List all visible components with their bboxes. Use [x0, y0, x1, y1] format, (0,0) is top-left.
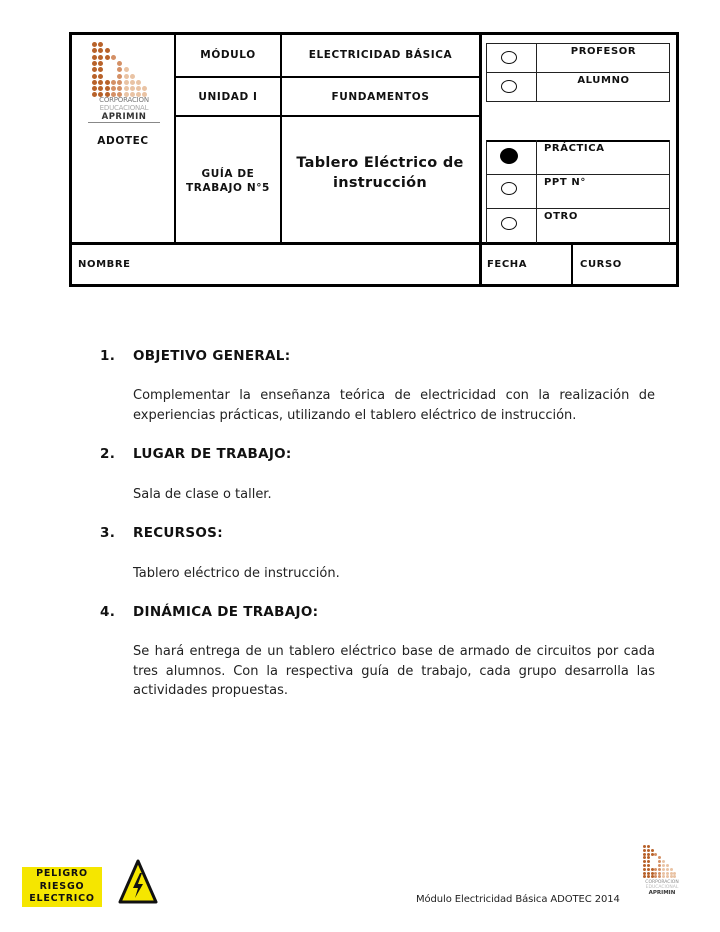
org-logo-line3: APRIMIN — [88, 112, 160, 123]
type-label-practica: PRÁCTICA — [544, 143, 605, 154]
section-body: Tablero eléctrico de instrucción. — [133, 564, 655, 584]
footer-logo — [643, 845, 681, 879]
radio-profesor[interactable] — [501, 51, 517, 64]
section-body: Sala de clase o taller. — [133, 485, 655, 505]
high-voltage-triangle-icon — [118, 858, 158, 906]
unidad-label: UNIDAD I — [176, 91, 280, 103]
curso-field[interactable]: CURSO — [580, 259, 622, 270]
nombre-field[interactable]: NOMBRE — [78, 259, 131, 270]
org-logo-line2: EDUCACIONAL — [88, 105, 160, 113]
section-body: Se hará entrega de un tablero eléctrico … — [133, 642, 655, 701]
type-label-otro: OTRO — [544, 211, 578, 222]
section-body: Complementar la enseñanza teórica de ele… — [133, 386, 655, 425]
section-title: 1.OBJETIVO GENERAL: — [100, 348, 290, 364]
guia-value: Tablero Eléctrico de instrucción — [292, 153, 468, 193]
role-label-alumno: ALUMNO — [537, 75, 670, 86]
org-logo — [92, 42, 157, 100]
org-name: ADOTEC — [72, 135, 174, 147]
warning-sign: PELIGRO RIESGO ELECTRICO — [22, 867, 102, 907]
radio-ppt[interactable] — [501, 182, 517, 195]
footer-text: Módulo Electricidad Básica ADOTEC 2014 — [416, 894, 620, 905]
role-label-profesor: PROFESOR — [537, 46, 670, 57]
section-title: 4.DINÁMICA DE TRABAJO: — [100, 604, 318, 620]
section-title: 3.RECURSOS: — [100, 525, 223, 541]
fecha-field[interactable]: FECHA — [487, 259, 527, 270]
modulo-value: ELECTRICIDAD BÁSICA — [282, 49, 479, 61]
modulo-label: MÓDULO — [176, 49, 280, 61]
section-title: 2.LUGAR DE TRABAJO: — [100, 446, 292, 462]
type-label-ppt: PPT N° — [544, 177, 586, 188]
unidad-value: FUNDAMENTOS — [282, 91, 479, 103]
radio-practica[interactable] — [500, 148, 518, 164]
radio-alumno[interactable] — [501, 80, 517, 93]
radio-otro[interactable] — [501, 217, 517, 230]
guia-label: GUÍA DETRABAJO N°5 — [182, 167, 274, 195]
